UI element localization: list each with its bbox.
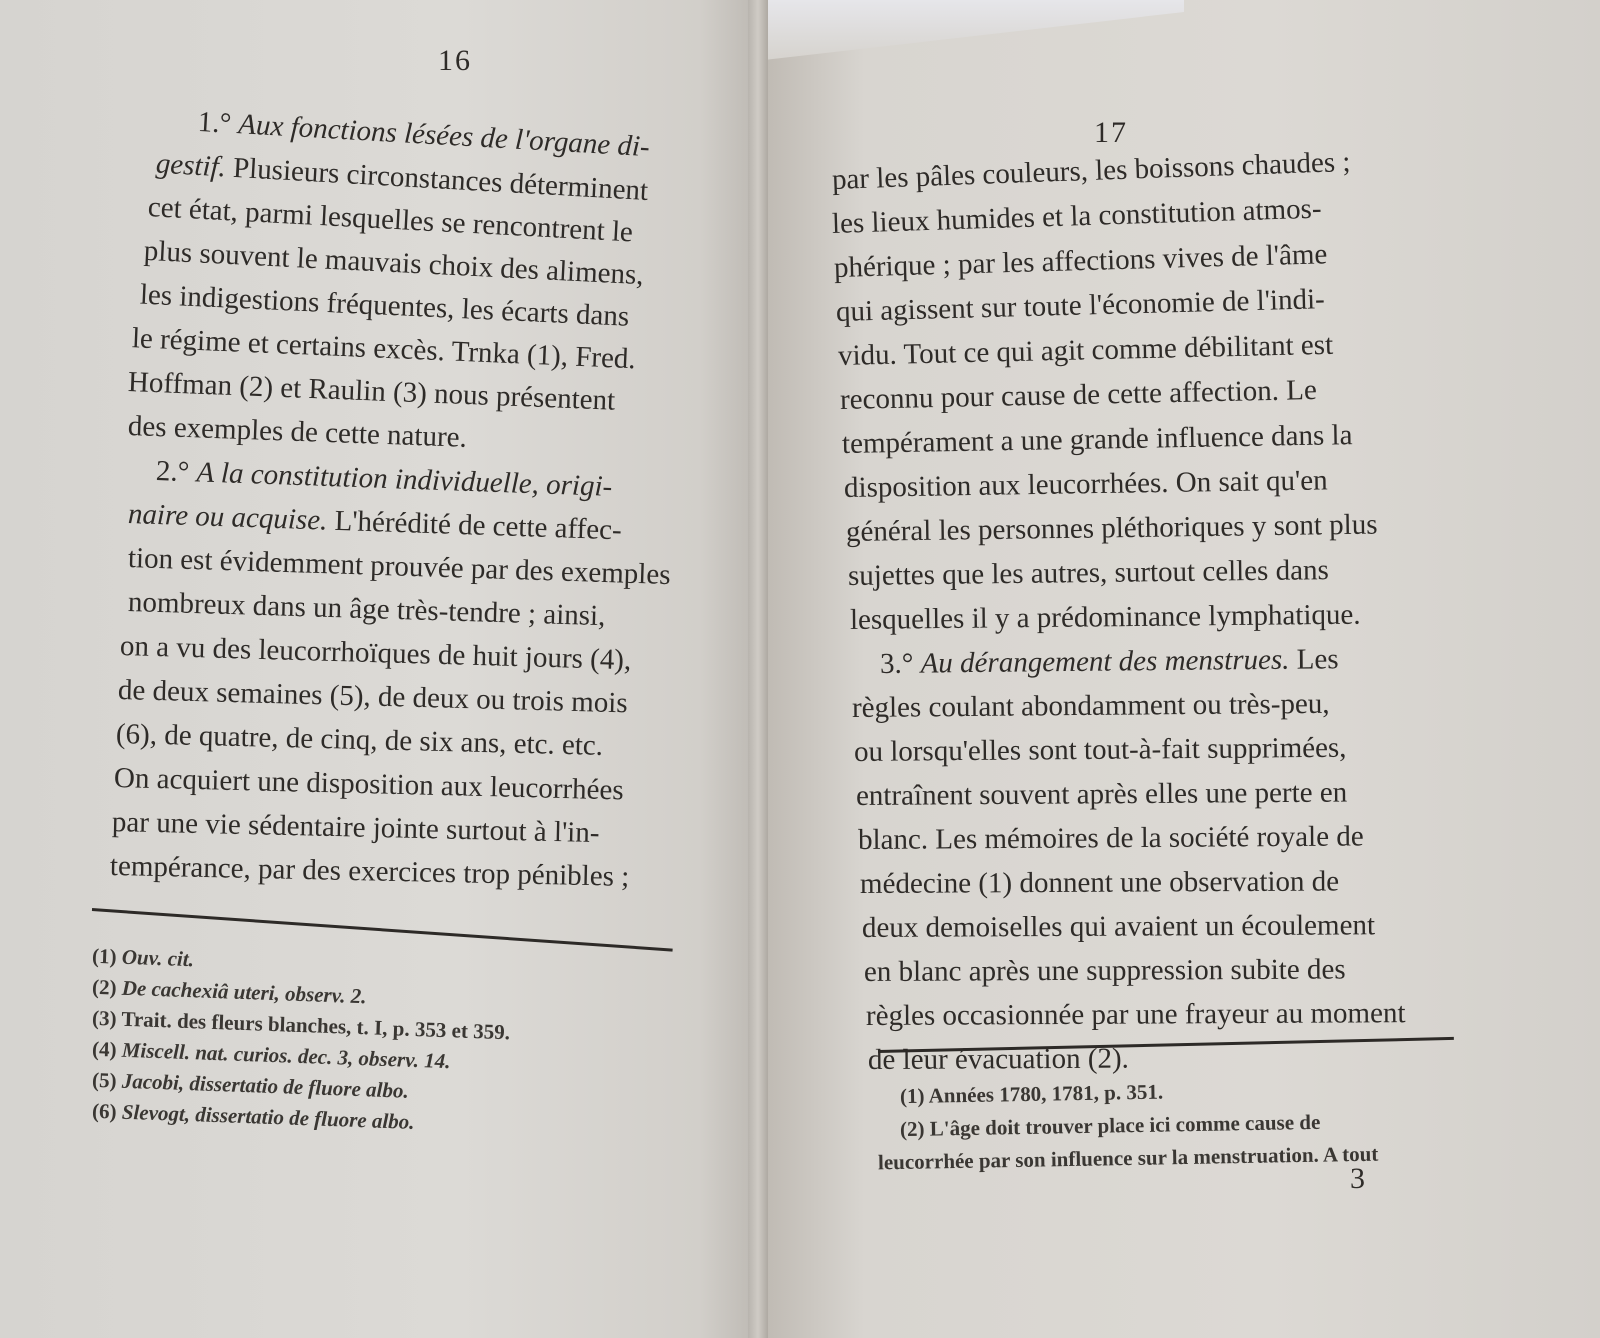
footnote-mark: (4) — [92, 1037, 117, 1062]
right-page-number: 17 — [1094, 116, 1128, 150]
left-page-number: 16 — [438, 44, 472, 78]
text-line: entraînent souvent après elles une perte… — [856, 770, 1406, 818]
footnote-text: Années 1780, 1781, p. 351. — [928, 1080, 1163, 1108]
footnote-mark: (2) — [900, 1117, 925, 1141]
text-span: L'hérédité de cette affec- — [327, 505, 622, 547]
text-line: disposition aux leucorrhées. On sait qu'… — [844, 457, 1406, 510]
footnote-text: Ouv. cit. — [121, 945, 194, 972]
item-number: 3.° — [880, 648, 914, 680]
text-line: règles occasionnée par une frayeur au mo… — [866, 991, 1406, 1038]
book-spread: 16 1.° Aux fonctions lésées de l'organe … — [0, 0, 1600, 1338]
text-line: lesquelles il y a prédominance lymphatiq… — [850, 592, 1406, 642]
text-line: en blanc après une suppression subite de… — [864, 947, 1406, 994]
text-line: 3.° Au dérangement des menstrues. Les — [880, 636, 1406, 686]
item-number: 1.° — [197, 106, 232, 140]
footnote-mark: (6) — [92, 1099, 117, 1124]
text-line: médecine (1) donnent une observation de — [860, 859, 1406, 906]
item-number: 2.° — [155, 455, 189, 488]
right-footnotes: (1) Années 1780, 1781, p. 351. (2) L'âge… — [900, 1076, 1378, 1175]
signature-mark: 3 — [1350, 1162, 1365, 1196]
text-line: règles coulant abondamment ou très-peu, — [852, 681, 1406, 730]
footnote-mark: (5) — [92, 1068, 117, 1093]
footnote-mark: (2) — [92, 975, 117, 1000]
text-line: blanc. Les mémoires de la société royale… — [858, 814, 1406, 862]
text-line: deux demoiselles qui avaient un écouleme… — [862, 903, 1406, 950]
footnote-mark: (1) — [900, 1084, 925, 1108]
left-footnotes: (1) Ouv. cit. (2) De cachexiâ uteri, obs… — [92, 948, 510, 1134]
footnote-text: L'âge doit trouver place ici comme cause… — [930, 1110, 1321, 1141]
left-body-text: 1.° Aux fonctions lésées de l'organe di-… — [128, 96, 671, 888]
italic-heading: Au dérangement des menstrues. — [920, 644, 1289, 680]
italic-span: naire ou acquise. — [127, 498, 327, 537]
footnote-text: Slevogt, dissertatio de fluore albo. — [121, 1100, 414, 1134]
right-body-text: par les pâles couleurs, les boissons cha… — [832, 158, 1405, 1082]
text-span: Les — [1289, 643, 1338, 676]
text-line: ou lorsqu'elles sont tout-à-fait supprim… — [854, 725, 1406, 774]
book-gutter — [748, 0, 768, 1338]
footnote-mark: (1) — [92, 944, 117, 969]
footnote-mark: (3) — [92, 1006, 117, 1031]
footnote-text: De cachexiâ uteri, observ. 2. — [121, 976, 366, 1009]
italic-span: gestif. — [155, 148, 227, 184]
text-line: général les personnes pléthoriques y son… — [846, 502, 1406, 554]
text-line: sujettes que les autres, surtout celles … — [848, 547, 1406, 598]
